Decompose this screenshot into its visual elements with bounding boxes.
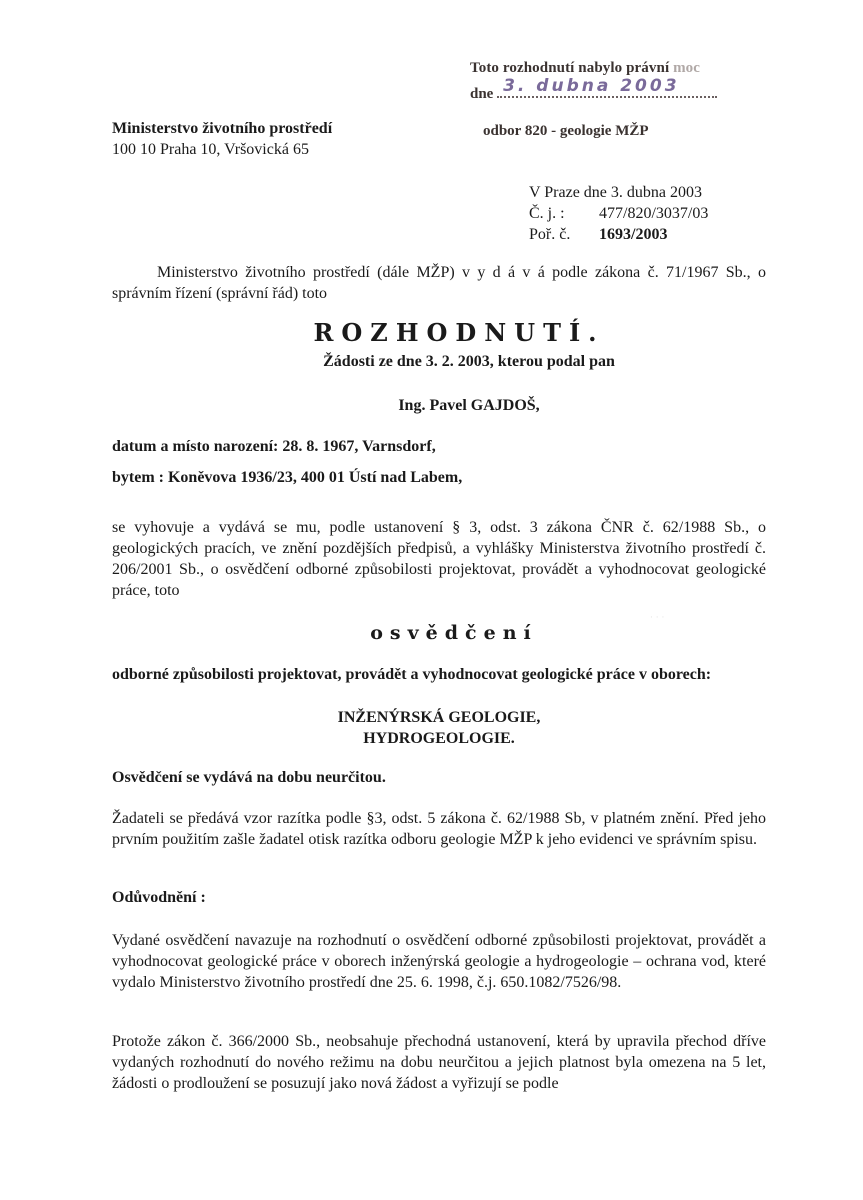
department-stamp: odbor 820 - geologie MŽP xyxy=(483,123,649,140)
certificate-description: odborné způsobilosti projektovat, provád… xyxy=(112,666,766,684)
order-number-label: Poř. č. xyxy=(529,224,599,245)
order-number-value: 1693/2003 xyxy=(599,226,667,243)
stamp-text: Toto rozhodnutí nabylo právní xyxy=(470,60,673,76)
sender-address: 100 10 Praha 10, Vršovická 65 xyxy=(112,141,309,159)
residence-info: bytem : Koněvova 1936/23, 400 01 Ústí na… xyxy=(112,469,462,487)
applicant-name: Ing. Pavel GAJDOŠ, xyxy=(112,397,796,415)
reference-number-row: Č. j. :477/820/3037/03 xyxy=(529,203,708,224)
field-item: INŽENÝRSKÁ GEOLOGIE, xyxy=(112,707,766,728)
place-date: V Praze dne 3. dubna 2003 xyxy=(529,182,708,203)
request-subtitle: Žádosti ze dne 3. 2. 2003, kterou podal … xyxy=(112,353,796,371)
document-title: ROZHODNUTÍ. xyxy=(112,318,786,347)
decision-paragraph: se vyhovuje a vydává se mu, podle ustano… xyxy=(112,517,766,601)
stamp-text-faded: moc xyxy=(673,60,700,76)
sender-name: Ministerstvo životního prostředí xyxy=(112,120,332,138)
handwritten-date: 3. dubna 2003 xyxy=(503,76,679,96)
faint-scan-mark: · · · xyxy=(650,613,720,627)
reference-block: V Praze dne 3. dubna 2003 Č. j. :477/820… xyxy=(529,182,708,245)
reference-number-value: 477/820/3037/03 xyxy=(599,205,708,222)
stamp-dotted-line: 3. dubna 2003 xyxy=(497,82,717,98)
intro-paragraph: Ministerstvo životního prostředí (dále M… xyxy=(112,262,766,304)
stamp-paragraph: Žadateli se předává vzor razítka podle §… xyxy=(112,808,766,850)
order-number-row: Poř. č.1693/2003 xyxy=(529,224,708,245)
stamp-date-line: dne 3. dubna 2003 xyxy=(470,82,740,103)
reference-number-label: Č. j. : xyxy=(529,203,599,224)
stamp-date-prefix: dne xyxy=(470,86,497,102)
birth-info: datum a místo narození: 28. 8. 1967, Var… xyxy=(112,438,436,456)
justification-paragraph-1: Vydané osvědčení navazuje na rozhodnutí … xyxy=(112,930,766,993)
validity-statement: Osvědčení se vydává na dobu neurčitou. xyxy=(112,769,386,787)
legal-effect-stamp: Toto rozhodnutí nabylo právní moc xyxy=(470,60,700,77)
certificate-fields: INŽENÝRSKÁ GEOLOGIE, HYDROGEOLOGIE. xyxy=(112,707,766,749)
field-item: HYDROGEOLOGIE. xyxy=(112,728,766,749)
justification-paragraph-2: Protože zákon č. 366/2000 Sb., neobsahuj… xyxy=(112,1031,766,1094)
justification-heading: Odůvodnění : xyxy=(112,889,206,907)
